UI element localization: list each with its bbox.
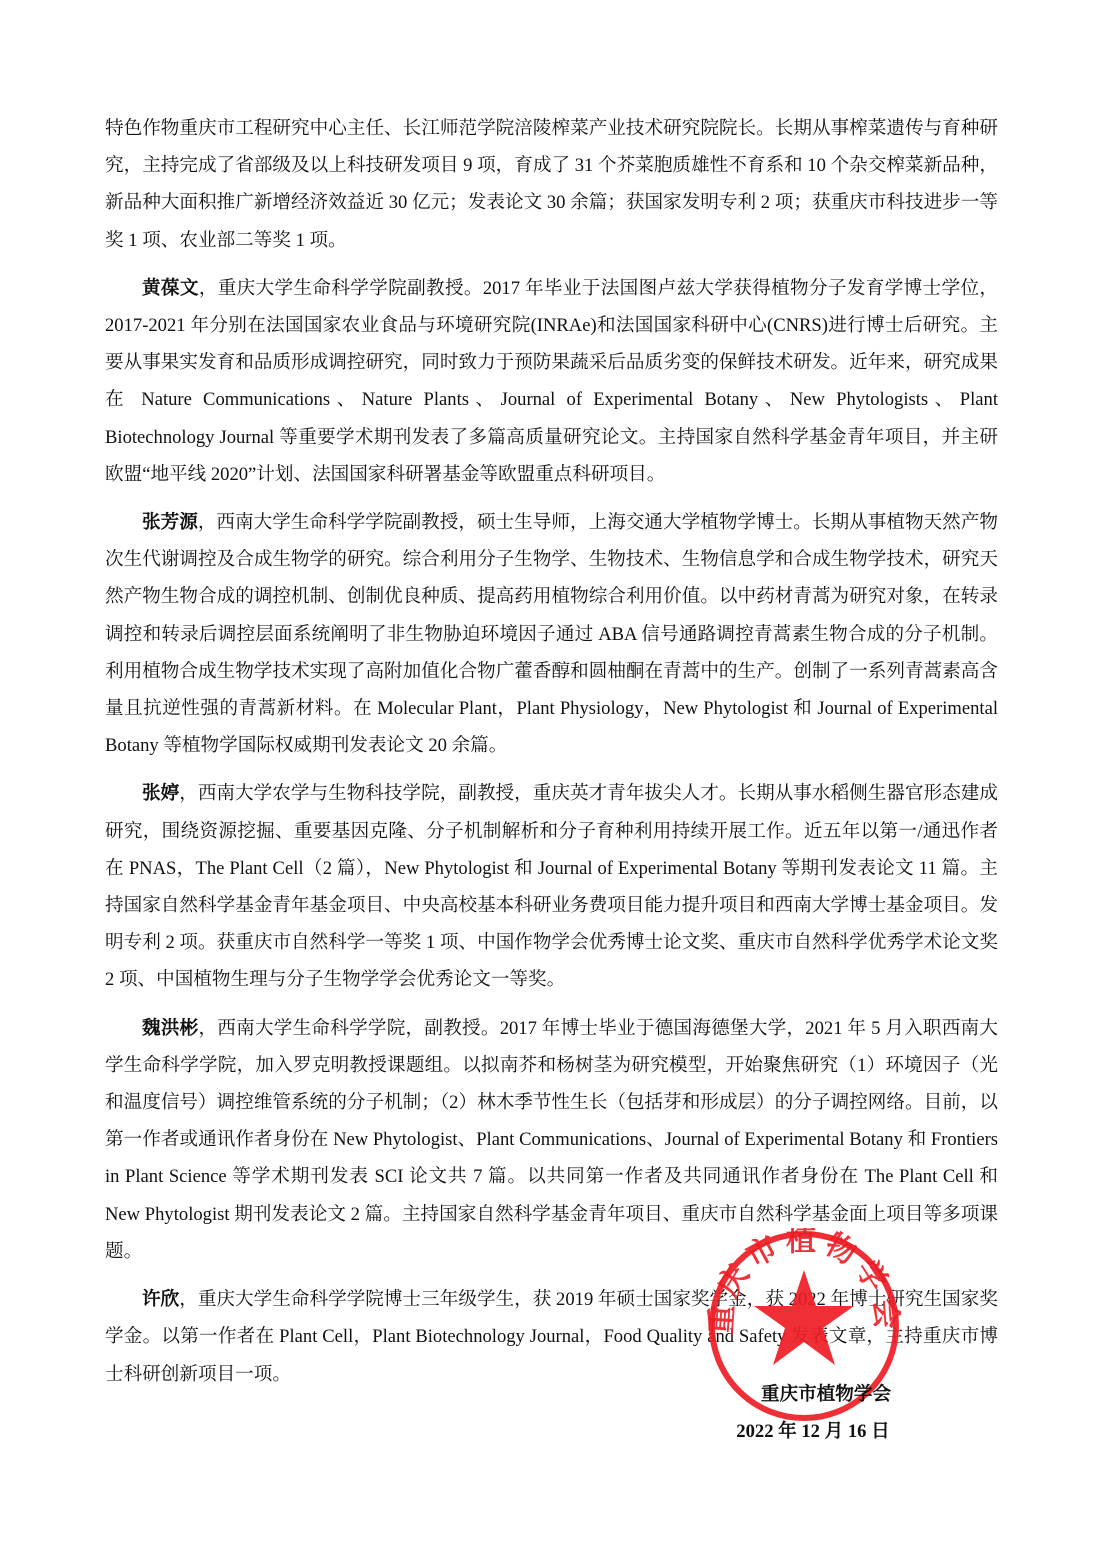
document-body: 特色作物重庆市工程研究中心主任、长江师范学院涪陵榨菜产业技术研究院院长。长期从事… [105, 110, 998, 1404]
person-name: 许欣 [142, 1289, 179, 1310]
paragraph-text: ，西南大学生命科学学院，副教授。2017 年博士毕业于德国海德堡大学，2021 … [105, 1018, 998, 1262]
signature-block: 重庆市植物学会 2022 年 12 月 16 日 [718, 1376, 908, 1450]
signature-date: 2022 年 12 月 16 日 [718, 1413, 908, 1450]
paragraph-bio-zhang-ting: 张婷，西南大学农学与生物科技学院，副教授，重庆英才青年拔尖人才。长期从事水稻侧生… [105, 775, 998, 998]
person-name: 张芳源 [142, 512, 198, 533]
person-name: 魏洪彬 [142, 1018, 198, 1039]
star-icon [754, 1270, 854, 1365]
paragraph-text: ，西南大学农学与生物科技学院，副教授，重庆英才青年拔尖人才。长期从事水稻侧生器官… [105, 783, 998, 990]
person-name: 张婷 [142, 783, 179, 804]
paragraph-intro-continuation: 特色作物重庆市工程研究中心主任、长江师范学院涪陵榨菜产业技术研究院院长。长期从事… [105, 110, 998, 259]
person-name: 黄葆文 [142, 278, 199, 299]
paragraph-bio-zhang-fangyuan: 张芳源，西南大学生命科学学院副教授，硕士生导师，上海交通大学植物学博士。长期从事… [105, 504, 998, 764]
paragraph-text: ，西南大学生命科学学院副教授，硕士生导师，上海交通大学植物学博士。长期从事植物天… [105, 512, 998, 756]
signature-organization: 重庆市植物学会 [718, 1376, 908, 1413]
paragraph-text: ，重庆大学生命科学学院副教授。2017 年毕业于法国图卢兹大学获得植物分子发育学… [105, 278, 998, 485]
paragraph-text: 特色作物重庆市工程研究中心主任、长江师范学院涪陵榨菜产业技术研究院院长。长期从事… [105, 118, 998, 251]
paragraph-bio-huang: 黄葆文，重庆大学生命科学学院副教授。2017 年毕业于法国图卢兹大学获得植物分子… [105, 270, 998, 493]
